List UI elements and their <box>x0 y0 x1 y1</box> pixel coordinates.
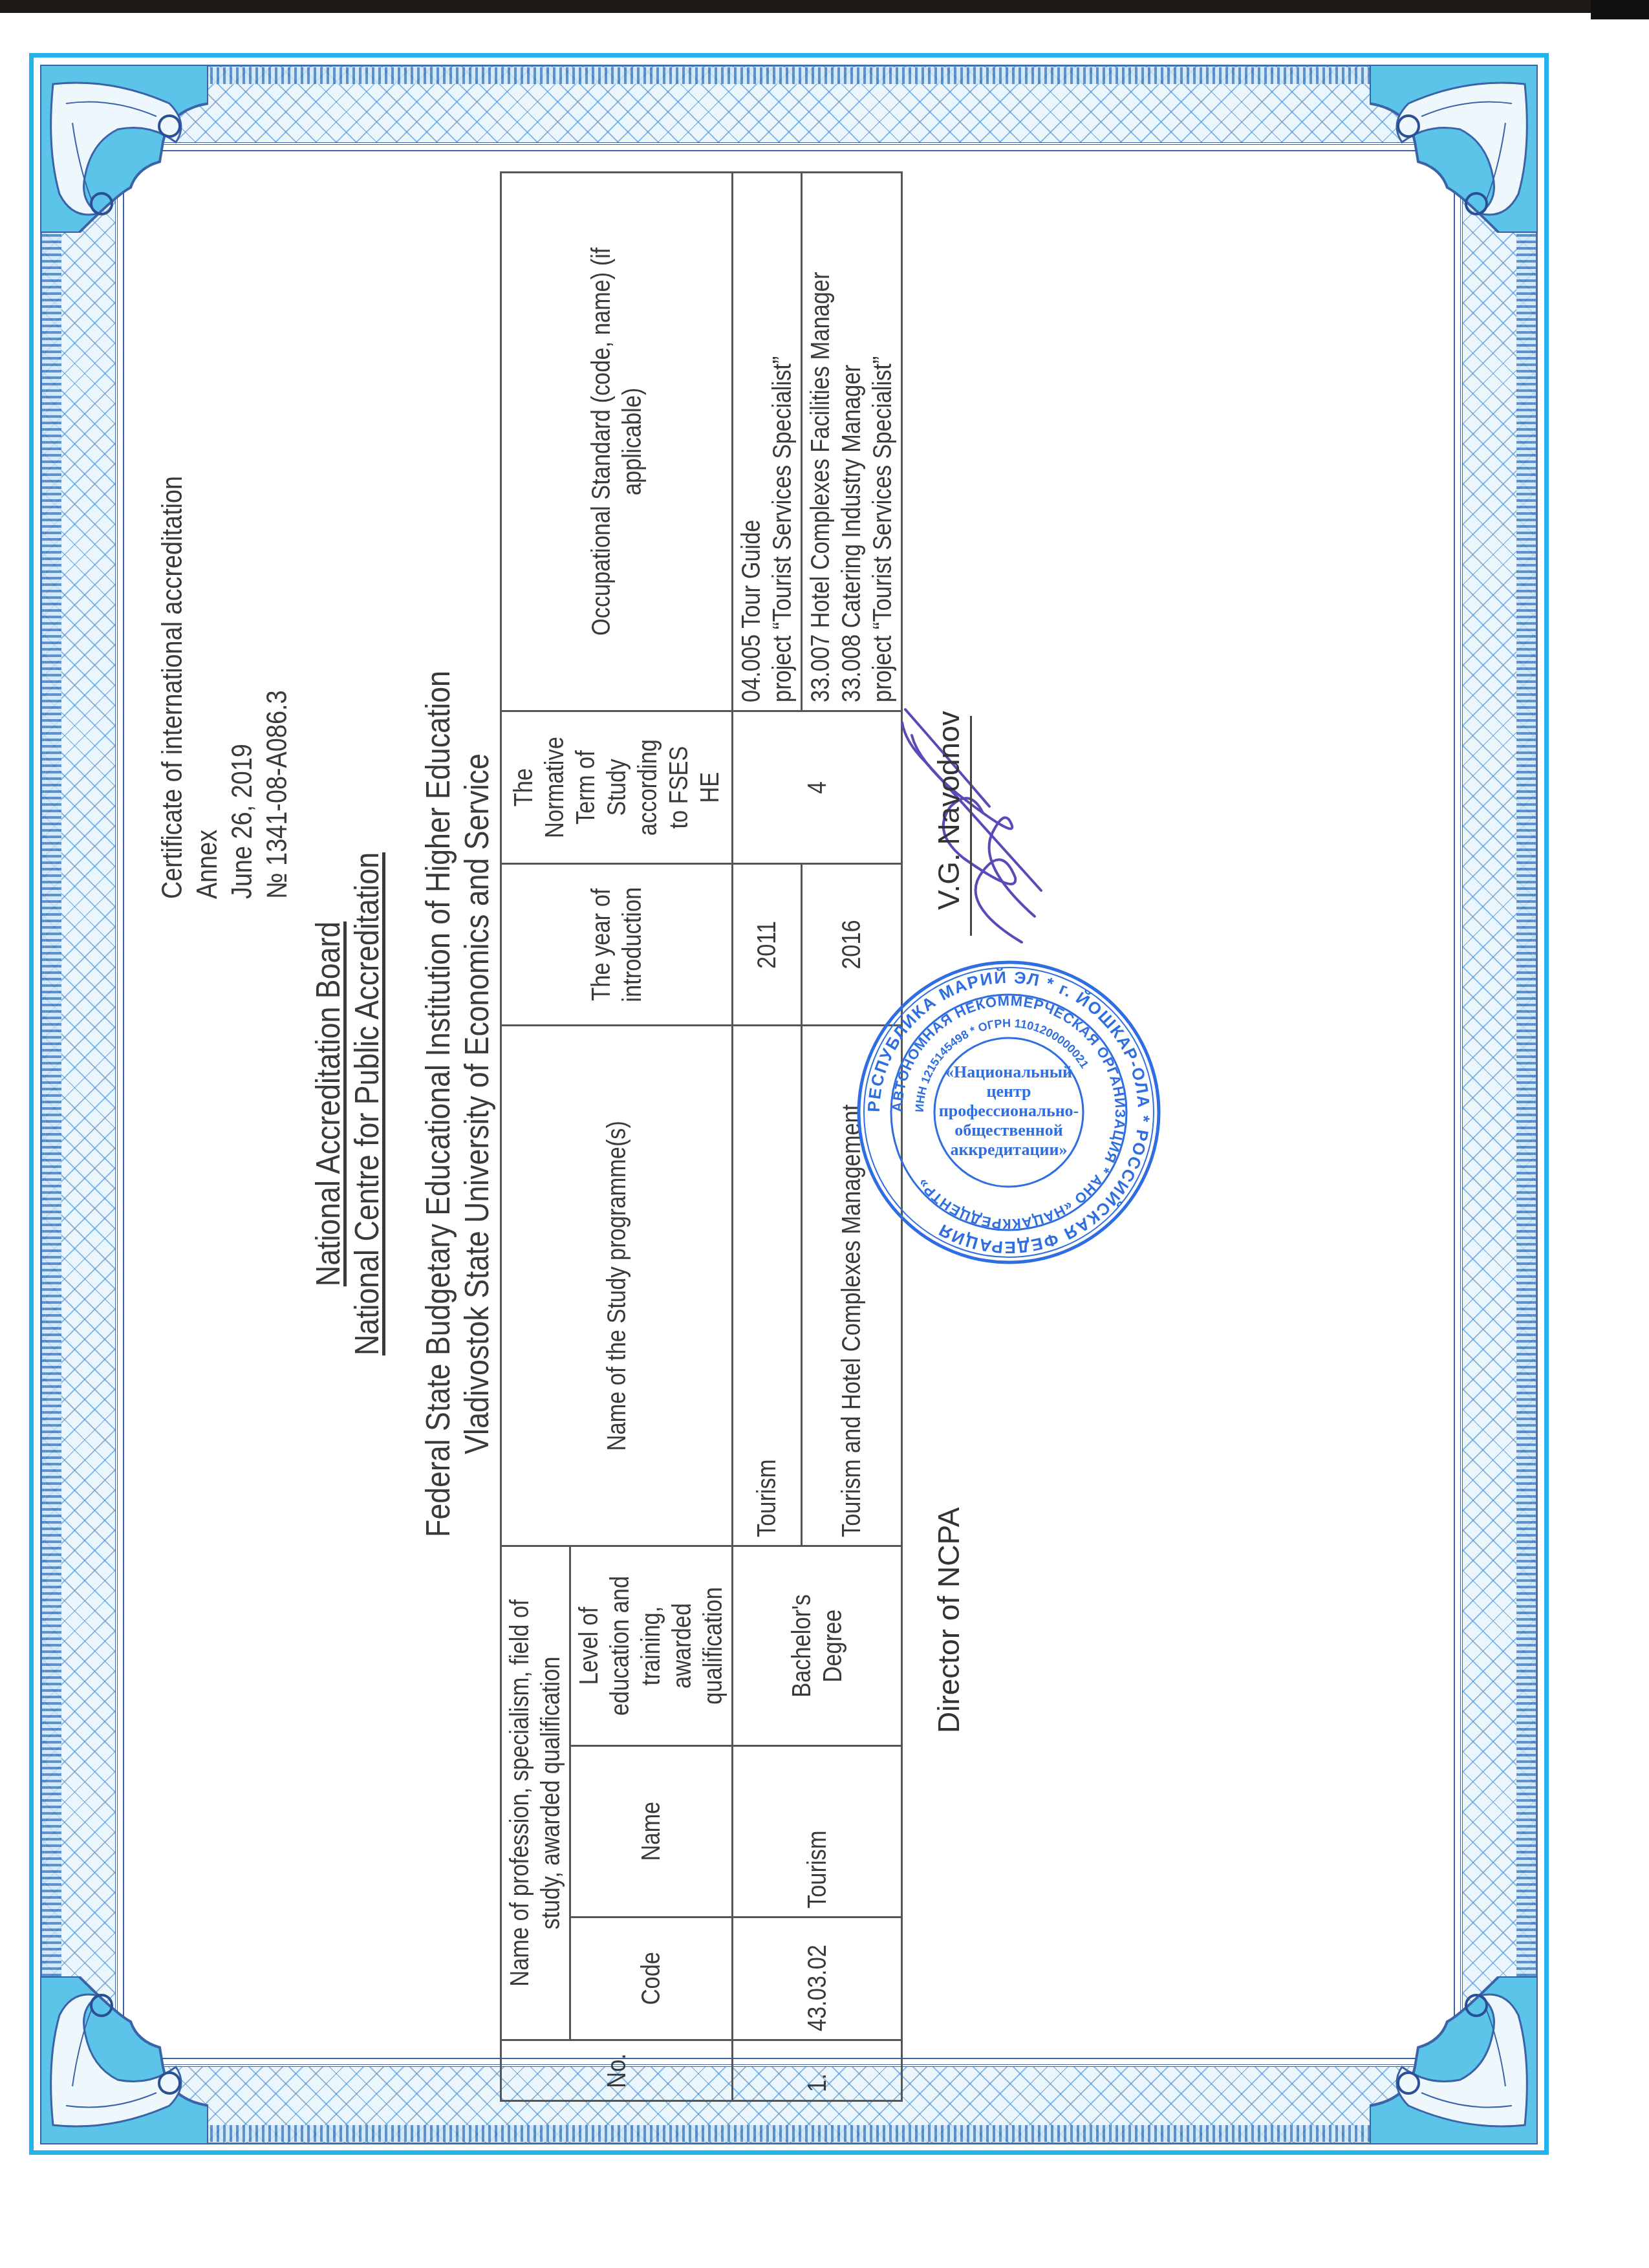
header-name: Name <box>570 1746 733 1917</box>
annex-date: June 26, 2019 <box>225 476 260 899</box>
header-term: The Normative Term of Study according to… <box>501 711 733 864</box>
institution-name-line2: Vladivostok State University of Economic… <box>458 492 497 1716</box>
svg-text:профессионально-: профессионально- <box>939 1101 1079 1120</box>
header-profession-group: Name of profession, specialism, field of… <box>501 1546 570 2040</box>
cell-term: 4 <box>733 711 902 864</box>
signatory-title: Director of NCPA <box>931 1507 966 1733</box>
annex-label: Annex <box>190 476 225 899</box>
institution-name-line1: Federal State Budgetary Educational Inst… <box>419 492 458 1716</box>
header-standard: Occupational Standard (code, name) (if a… <box>501 173 733 711</box>
svg-text:общественной: общественной <box>954 1121 1063 1139</box>
document-header: National Accreditation Board National Ce… <box>309 492 497 1716</box>
cell-name: Tourism <box>733 1746 902 1917</box>
header-year: The year of introduction <box>501 864 733 1026</box>
cell-level: Bachelor's Degree <box>733 1546 902 1745</box>
signatory-name: V.G. Navodnov <box>931 711 966 910</box>
header-code: Code <box>570 1917 733 2040</box>
header-no: No. <box>501 2040 733 2101</box>
table-row: 1. 43.03.02 Tourism Bachelor's Degree To… <box>733 173 802 2101</box>
svg-text:центр: центр <box>986 1082 1031 1101</box>
official-stamp-icon: РЕСПУБЛИКА МАРИЙ ЭЛ * г. ЙОШКАР-ОЛА * РО… <box>854 957 1164 1268</box>
svg-text:аккредитации»: аккредитации» <box>951 1140 1068 1159</box>
header-level: Level of education and training, awarded… <box>570 1546 733 1745</box>
header-programme: Name of the Study programme(s) <box>501 1025 733 1546</box>
programmes-table: No. Name of profession, specialism, fiel… <box>500 171 903 2102</box>
centre-title: National Centre for Public Accreditation <box>348 492 387 1716</box>
cell-year: 2011 <box>733 864 802 1026</box>
svg-text:«Национальный: «Национальный <box>945 1063 1072 1081</box>
cell-standard: 04.005 Tour Guide project “Tourist Servi… <box>733 173 802 711</box>
cell-code: 43.03.02 <box>733 1917 902 2040</box>
annex-certificate-title: Certificate of international accreditati… <box>155 476 190 899</box>
certificate-annex-page: Certificate of international accreditati… <box>0 0 1649 2268</box>
signature-line <box>970 716 972 936</box>
annex-block: Certificate of international accreditati… <box>155 476 295 899</box>
cell-programme: Tourism <box>733 1025 802 1546</box>
annex-number: № 1341-08-A086.3 <box>260 476 295 899</box>
cell-no: 1. <box>733 2040 902 2101</box>
board-title: National Accreditation Board <box>309 492 348 1716</box>
cell-standard: 33.007 Hotel Complexes Facilities Manage… <box>802 173 902 711</box>
